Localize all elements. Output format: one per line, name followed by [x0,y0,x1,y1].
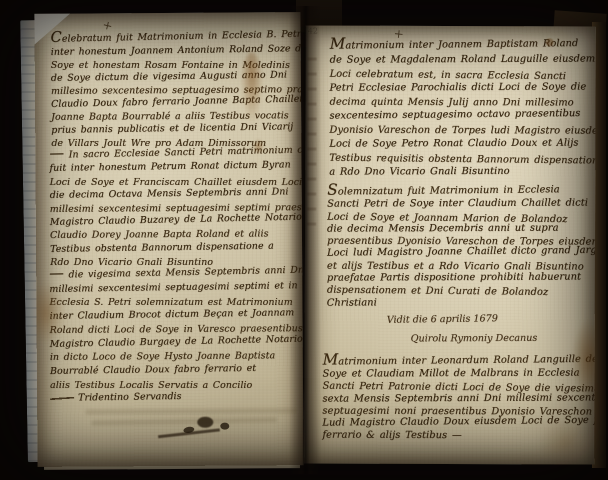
marriage-record-paragraph: Solemnizatum fuit Matrimonium in Ecclesi… [327,184,585,311]
manuscript-line: praefatae Partis dispositione prohibiti … [327,272,585,285]
manuscript-line: inter Claudium Brocot dictum Beçan et Jo… [49,306,297,323]
ink-smudge [197,417,213,428]
manuscript-line: de Soye dictum die vigesima Augusti anno… [51,68,299,85]
bleedthrough-text [85,408,297,414]
manuscript-line: Soye et Claudiam Millot de Malbrans in E… [323,368,581,381]
decanus-signature: Quirolu Rymoniy Decanus [411,333,538,345]
manuscript-line: Petri Ecclesiae Parochialis dicti Loci d… [330,80,588,95]
manuscript-line: a Rdo Dno Vicario Gnali Bisuntino [329,164,587,179]
manuscript-line: Christiani [327,296,585,309]
manuscript-line: Bourrablé Claudio Doux fabro ferrario et [50,361,298,378]
manuscript-line: fuit inter honestum Petrum Ronat dictum … [49,159,297,176]
manuscript-line: sexcentesimo septuagesimo octavo praesen… [329,107,587,124]
pencil-page-number: 42 [308,27,318,36]
right-page: 42 + Matrimonium inter Joannem Baptistam… [304,25,596,464]
bleedthrough-text [91,417,277,425]
manuscript-scan: + Celebratum fuit Matrimonium in Ecclesi… [0,0,608,480]
manuscript-line: inter honestum Joannem Antonium Roland S… [51,42,299,59]
manuscript-line: Solemnizatum fuit Matrimonium in Ecclesi… [327,181,585,199]
marriage-record-paragraph: Celebratum fuit Matrimonium in Ecclesia … [51,30,300,150]
ink-smudge [183,426,195,434]
manuscript-line: die decima Mensis Decembris anni ut supr… [327,222,585,235]
manuscript-line: die decima Octava Mensis Septembris anni… [50,185,298,202]
marriage-record-paragraph: Matrimonium inter Leonardum Roland Langu… [322,354,580,443]
manuscript-line: Tridentino Servandis [50,388,298,405]
manuscript-line: ferrario & alijs Testibus — [322,430,580,443]
ink-smudge [220,423,229,430]
left-page: + Celebratum fuit Matrimonium in Ecclesi… [34,12,303,467]
manuscript-line: millesimi sexcentesimi septuagesimi sept… [49,279,297,296]
ink-smudge [157,416,220,438]
manuscript-line: Loci ludi Magistro Joanne Chaillet dicto… [327,245,585,260]
manuscript-line: Ludi Magistro Claudio Doux eiusdem Loci … [322,415,580,430]
marriage-record-paragraph: — die vigesima sexta Mensis Septembris a… [49,266,298,406]
marriage-record-paragraph: Matrimonium inter Joannem Baptistam Rola… [329,38,587,181]
marriage-record-paragraph: — In sacro Ecclesiae Sancti Petri matrim… [49,146,298,269]
manuscript-line: sexta Mensis Septembris anni Dni millesi… [322,392,580,405]
manuscript-line: Matrimonium inter Joannem Baptistam Rola… [330,35,588,54]
manuscript-line: Sancti Petri de Soye inter Claudium Chai… [327,198,585,211]
manuscript-line: Testibus obstenta Bannorum dispensatione… [50,239,298,256]
manuscript-line: de Soye et Magdalenam Roland Lauguille e… [330,52,588,67]
manuscript-line: Loci de Soye Petro Ronat Claudio Doux et… [329,136,587,151]
vidit-annotation: Vidit die 6 aprilis 1679 [387,313,498,326]
manuscript-line: Matrimonium inter Leonardum Roland Langu… [323,351,581,369]
manuscript-line: prius bannis publicatis et de licentia D… [51,120,299,137]
showthrough-marks [307,56,317,226]
